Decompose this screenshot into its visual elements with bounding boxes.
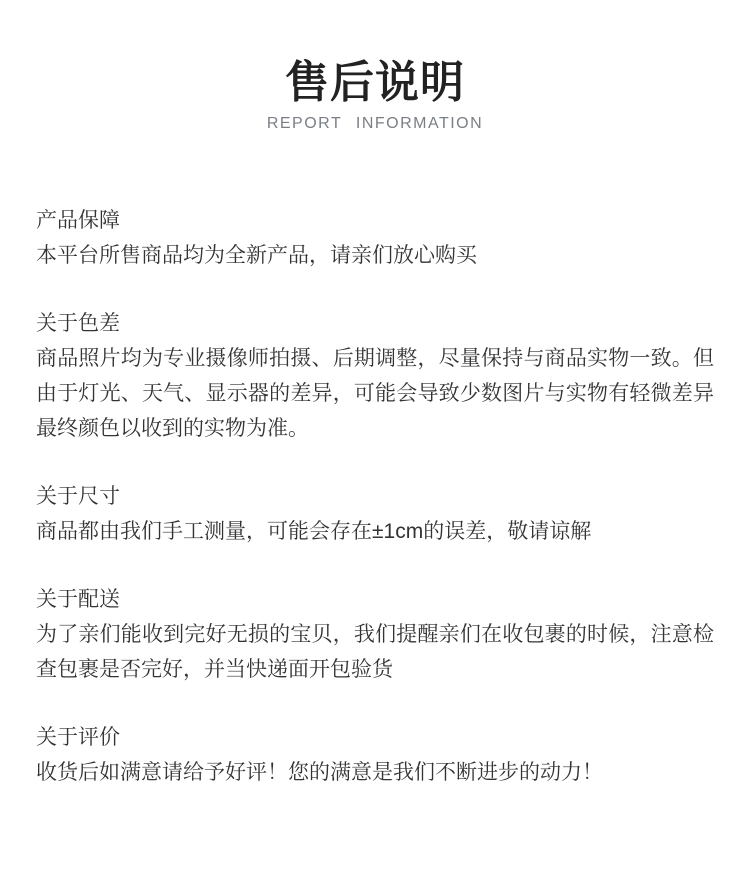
section-body-review: 收货后如满意请给予好评！您的满意是我们不断进步的动力！ xyxy=(36,755,714,790)
page-title: 售后说明 xyxy=(0,55,750,110)
section-color-difference: 关于色差 商品照片均为专业摄像师拍摄、后期调整，尽量保持与商品实物一致。但由于灯… xyxy=(36,306,714,446)
section-heading-size: 关于尺寸 xyxy=(36,479,714,514)
section-body-delivery: 为了亲们能收到完好无损的宝贝，我们提醒亲们在收包裹的时候，注意检查包裹是否完好，… xyxy=(36,617,714,687)
section-product-guarantee: 产品保障 本平台所售商品均为全新产品，请亲们放心购买 xyxy=(36,203,714,273)
after-sales-info-page: 售后说明 REPORT INFORMATION 产品保障 本平台所售商品均为全新… xyxy=(0,0,750,894)
section-body-product-guarantee: 本平台所售商品均为全新产品，请亲们放心购买 xyxy=(36,238,714,273)
section-body-color-difference: 商品照片均为专业摄像师拍摄、后期调整，尽量保持与商品实物一致。但由于灯光、天气、… xyxy=(36,341,714,446)
section-heading-review: 关于评价 xyxy=(36,720,714,755)
page-header: 售后说明 REPORT INFORMATION xyxy=(0,0,750,133)
sections-container: 产品保障 本平台所售商品均为全新产品，请亲们放心购买 关于色差 商品照片均为专业… xyxy=(0,203,750,790)
section-body-size: 商品都由我们手工测量，可能会存在±1cm的误差，敬请谅解 xyxy=(36,514,714,549)
section-review: 关于评价 收货后如满意请给予好评！您的满意是我们不断进步的动力！ xyxy=(36,720,714,790)
section-heading-delivery: 关于配送 xyxy=(36,582,714,617)
section-heading-product-guarantee: 产品保障 xyxy=(36,203,714,238)
section-size: 关于尺寸 商品都由我们手工测量，可能会存在±1cm的误差，敬请谅解 xyxy=(36,479,714,549)
section-heading-color-difference: 关于色差 xyxy=(36,306,714,341)
section-delivery: 关于配送 为了亲们能收到完好无损的宝贝，我们提醒亲们在收包裹的时候，注意检查包裹… xyxy=(36,582,714,687)
page-subtitle: REPORT INFORMATION xyxy=(0,114,750,133)
